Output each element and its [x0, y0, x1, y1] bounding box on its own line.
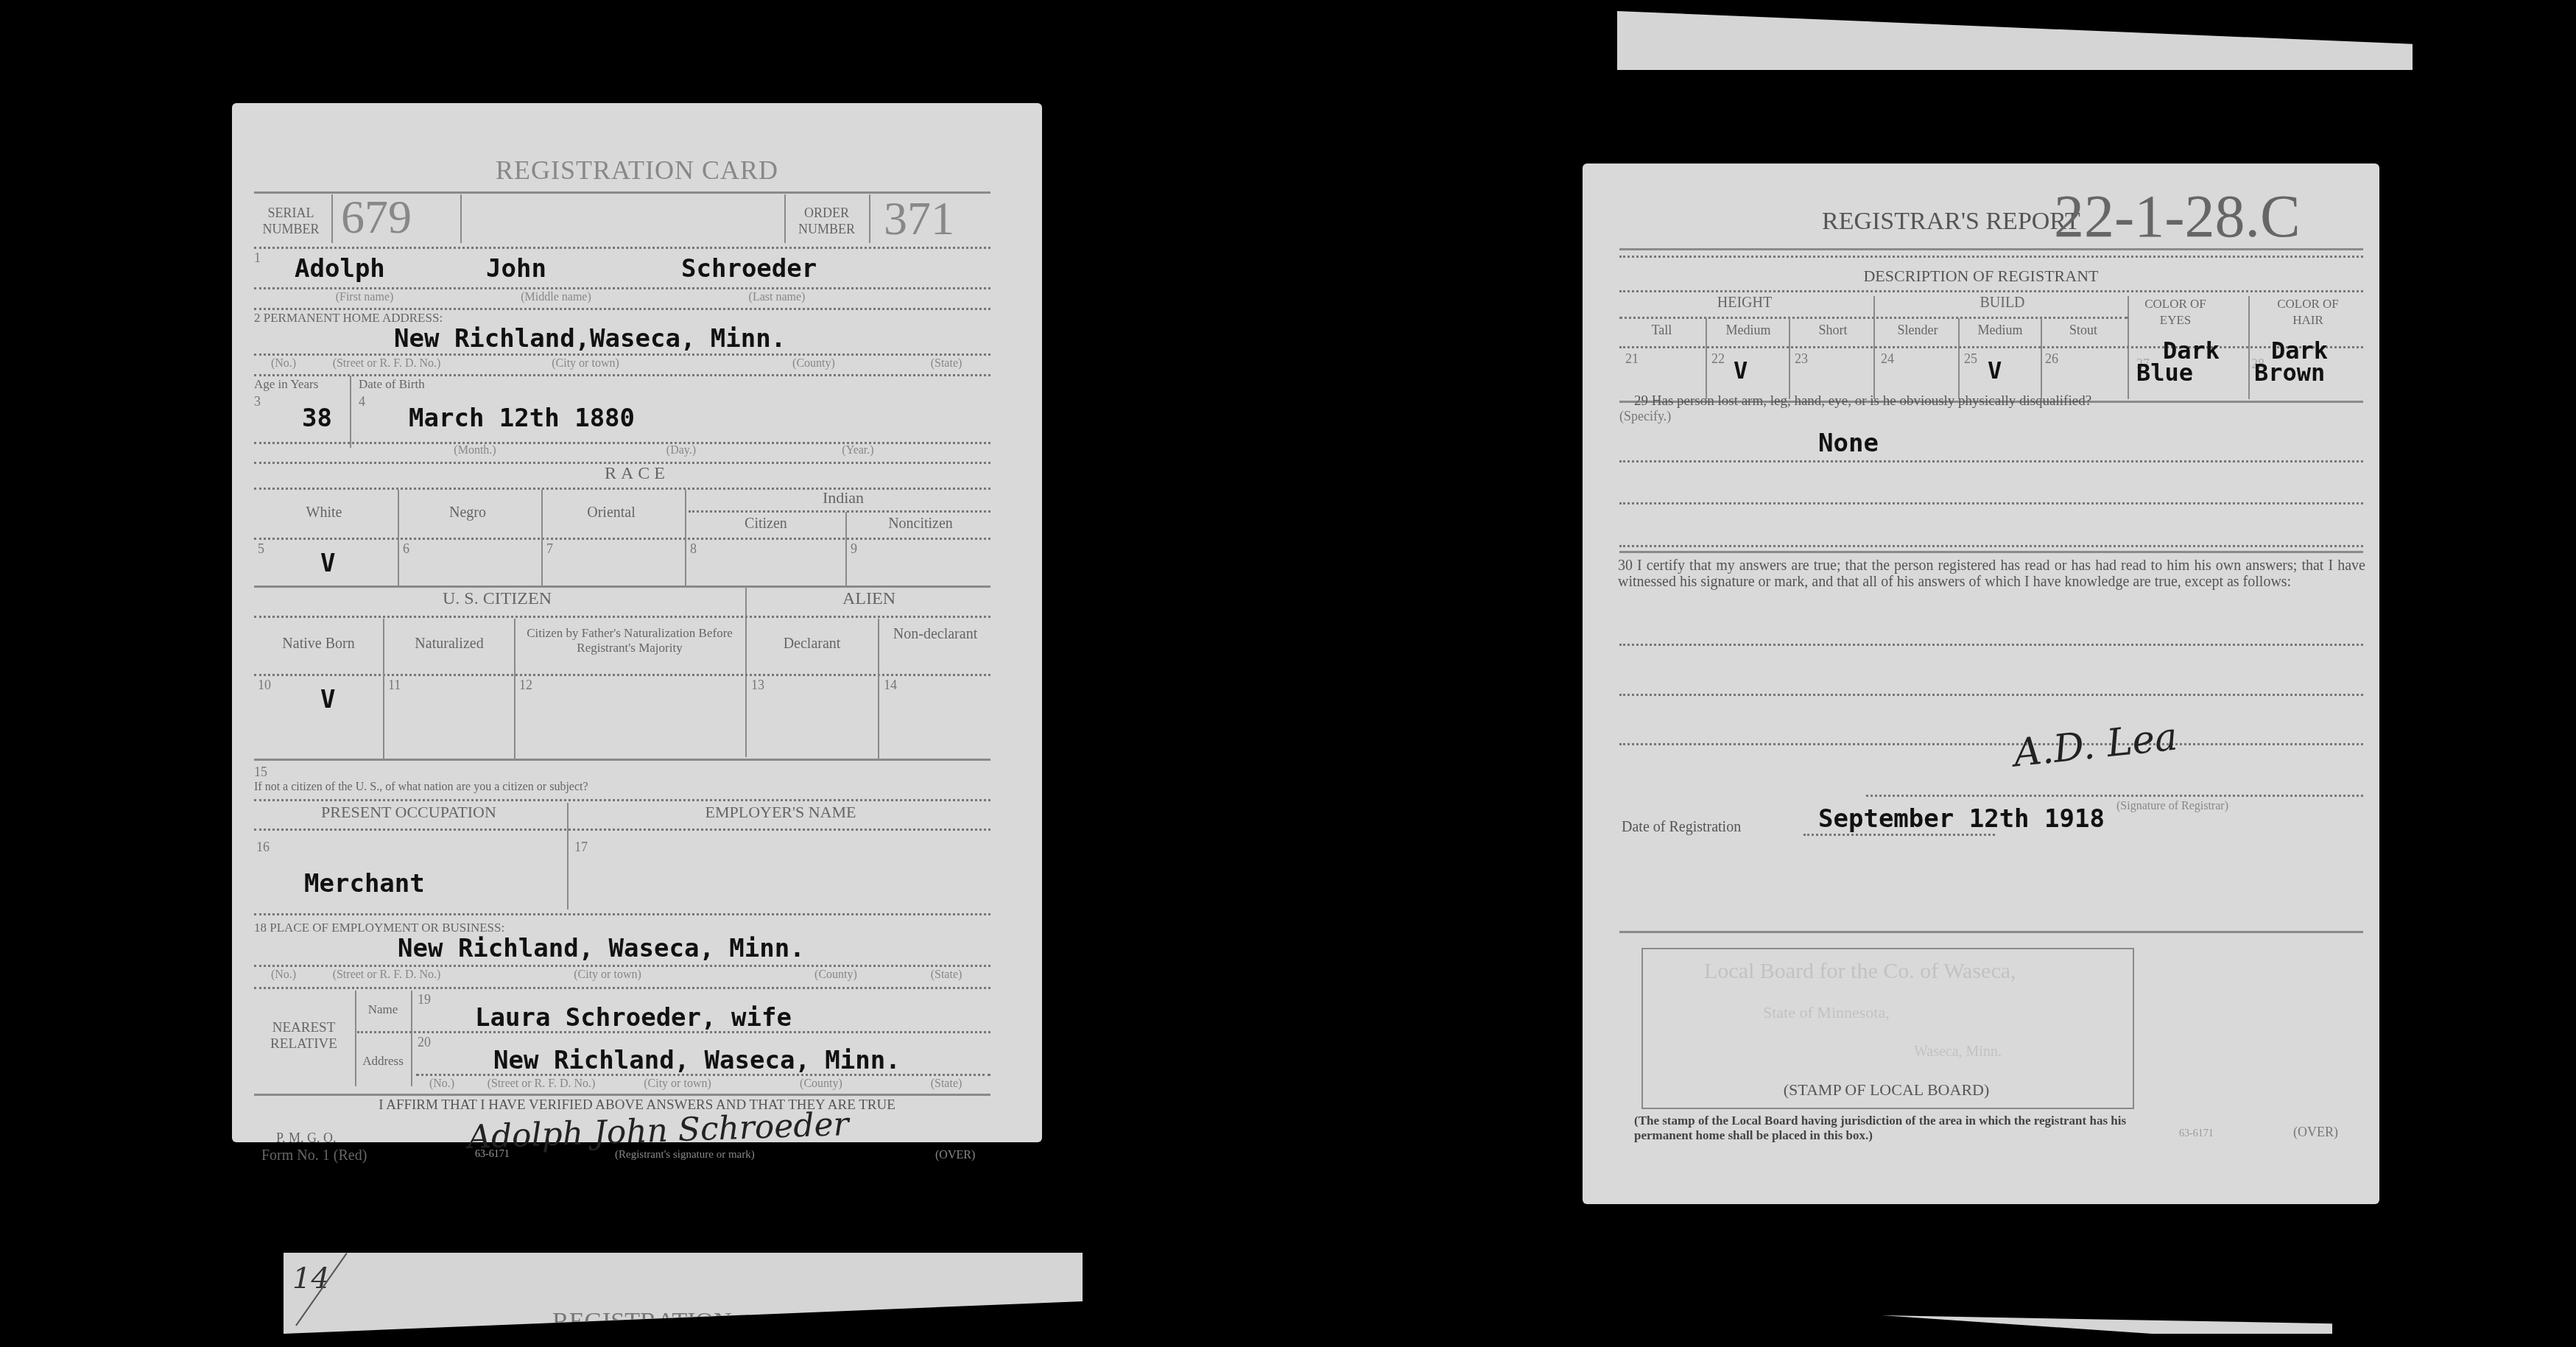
form-id-line2: Form No. 1 (Red): [261, 1147, 367, 1164]
report-title: REGISTRAR'S REPORT: [1822, 208, 2080, 236]
order-number-label: ORDER NUMBER: [792, 205, 862, 237]
hair-label: COLOR OF HAIR: [2264, 296, 2352, 328]
order-number: 371: [884, 191, 954, 246]
us-citizen-title: U. S. CITIZEN: [254, 591, 740, 607]
signature-caption: (Registrant's signature or mark): [615, 1149, 755, 1161]
middle-name: John: [486, 254, 546, 284]
report-print-code: 63-6171: [2179, 1128, 2214, 1140]
date-of-birth: March 12th 1880: [409, 404, 635, 433]
race-white-mark: V: [320, 549, 335, 578]
registrar-signature-caption: (Signature of Registrar): [2116, 800, 2228, 813]
build-medium-mark: V: [1988, 356, 2002, 384]
nearest-relative-label: NEAREST RELATIVE: [254, 1020, 353, 1052]
certification-text: 30 I certify that my answers are true; t…: [1618, 558, 2365, 590]
first-name: Adolph: [295, 254, 385, 284]
relative-address: New Richland, Waseca, Minn.: [493, 1046, 901, 1075]
report-over-label: (OVER): [2293, 1125, 2338, 1140]
height-title: HEIGHT: [1619, 295, 1870, 311]
stamp-note: (The stamp of the Local Board having jur…: [1634, 1114, 2142, 1143]
registration-card: REGISTRATION CARD SERIAL NUMBER 679 ORDE…: [232, 103, 1042, 1142]
stamp-line-2: State of Minnesota,: [1763, 1003, 1890, 1022]
employer-label: EMPLOYER'S NAME: [571, 804, 990, 820]
over-label: (OVER): [935, 1149, 975, 1162]
eye-color-line2: Blue: [2136, 361, 2193, 384]
serial-number-label: SERIAL NUMBER: [254, 205, 328, 237]
stamp-caption: (STAMP OF LOCAL BOARD): [1641, 1080, 2131, 1100]
eyes-label: COLOR OF EYES: [2131, 296, 2220, 328]
affirmation-text: I AFFIRM THAT I HAVE VERIFIED ABOVE ANSW…: [232, 1097, 1042, 1114]
build-title: BUILD: [1877, 295, 2128, 311]
race-title: RACE: [232, 464, 1042, 484]
bottom-card-edge-strip: 14 REGISTRATION: [284, 1253, 1083, 1334]
next-card-partial-title: REGISTRATION: [552, 1308, 732, 1336]
specify-label: (Specify.): [1619, 409, 1671, 424]
last-name: Schroeder: [681, 254, 817, 284]
age-value: 38: [302, 404, 332, 433]
stamp-line-3: Waseca, Minn.: [1914, 1044, 2002, 1061]
registrar-signature: A.D. Lea: [2011, 714, 2179, 776]
bottom-right-edge-strip: [1882, 1315, 2332, 1334]
occupation-label: PRESENT OCCUPATION: [254, 804, 563, 820]
form-id-line1: P. M. G. O.: [276, 1130, 337, 1146]
hair-color-line2: Brown: [2254, 361, 2325, 384]
registrars-report-card: REGISTRAR'S REPORT 22-1-28.C DESCRIPTION…: [1583, 163, 2379, 1204]
employment-place: New Richland, Waseca, Minn.: [398, 934, 805, 963]
dob-label: Date of Birth: [359, 377, 425, 392]
date-of-registration: September 12th 1918: [1818, 804, 2105, 834]
description-title: DESCRIPTION OF REGISTRANT: [1583, 267, 2379, 286]
stamp-line-1: Local Board for the Co. of Waseca,: [1704, 959, 2016, 984]
handwritten-mark: 14: [292, 1262, 330, 1295]
height-medium-mark: V: [1734, 356, 1748, 384]
disability-question: 29 Has person lost arm, leg, hand, eye, …: [1634, 393, 2091, 409]
alien-title: ALIEN: [747, 591, 990, 607]
nationality-question: If not a citizen of the U. S., of what n…: [254, 781, 588, 794]
date-of-registration-label: Date of Registration: [1622, 819, 1741, 836]
relative-name: Laura Schroeder, wife: [475, 1003, 792, 1033]
top-card-edge-strip: [1617, 11, 2413, 70]
serial-number: 679: [341, 190, 412, 245]
card-title: REGISTRATION CARD: [232, 155, 1042, 186]
age-label: Age in Years: [254, 377, 318, 392]
employment-place-label: 18 PLACE OF EMPLOYMENT OR BUSINESS:: [254, 921, 504, 935]
home-address-label: 2 PERMANENT HOME ADDRESS:: [254, 311, 443, 326]
stamp-number: 22-1-28.C: [2054, 182, 2301, 251]
indian-label: Indian: [689, 490, 998, 506]
occupation-value: Merchant: [304, 869, 425, 898]
home-address: New Richland,Waseca, Minn.: [394, 324, 786, 354]
native-born-mark: V: [320, 685, 335, 714]
disability-value: None: [1818, 429, 1879, 458]
